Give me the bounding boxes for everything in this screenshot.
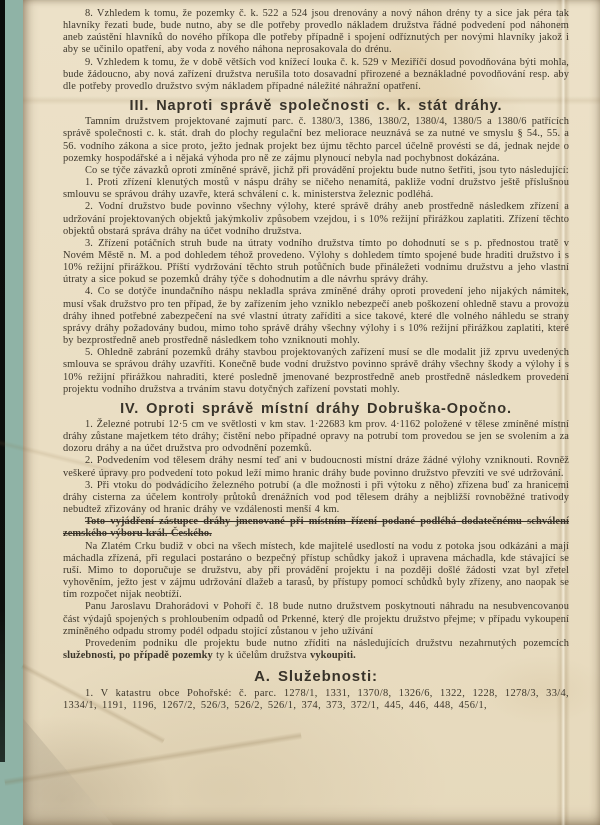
section-heading-iv: IV. Oproti správě místní dráhy Dobruška-…	[63, 403, 569, 415]
paragraph-zlaty-crk: Na Zlatém Crku budiž v obci na všech mís…	[63, 541, 569, 602]
scanner-edge-strip	[0, 0, 5, 762]
paragraph-drahorad: Panu Jaroslavu Drahorádovi v Pohoří č. 1…	[63, 601, 569, 637]
document-paper: 8. Vzhledem k tomu, že pozemky č. k. 522…	[23, 0, 600, 825]
section-iv-item-1: 1. Železné potrubí 12·5 cm ve světlosti …	[63, 419, 569, 455]
struck-note-text: Toto vyjádření zástupce dráhy jmenované …	[63, 516, 569, 539]
paragraph-9: 9. Vzhledem k tomu, že v době větších vo…	[63, 57, 569, 93]
closing-text-2: ty k účelům družstva	[213, 650, 310, 661]
section-iii-item-4: 4. Co se dotýče inundačního náspu neklad…	[63, 286, 569, 347]
section-iii-lead: Co se týče závazků oproti zmíněné správě…	[63, 165, 569, 177]
closing-text-1: Provedením podniku dle projektu bude nut…	[85, 638, 569, 649]
closing-bold-1: služebnosti, po případě pozemky	[63, 650, 213, 661]
section-iii-item-5: 5. Ohledně zabrání pozemků dráhy stavbou…	[63, 347, 569, 396]
section-iii-item-2: 2. Vodní družstvo bude povinno všechny v…	[63, 201, 569, 237]
section-iii-item-3: 3. Zřízení potáčních struh bude na útrat…	[63, 238, 569, 287]
paragraph-8: 8. Vzhledem k tomu, že pozemky č. k. 522…	[63, 8, 569, 57]
section-iv-item-3: 3. Při vtoku do podvádícího železného po…	[63, 480, 569, 516]
section-iii-intro: Tamním družstvem projektované zajmutí pa…	[63, 116, 569, 165]
section-iii-item-1: 1. Proti zřízení klenutých mostů v náspu…	[63, 177, 569, 201]
section-heading-iii: III. Naproti správě společnosti c. k. st…	[63, 100, 569, 112]
page-text: 8. Vzhledem k tomu, že pozemky č. k. 522…	[63, 8, 569, 713]
section-heading-a: A. Služebnosti:	[63, 671, 569, 683]
section-iv-item-2: 2. Podvedením vod tělesem dráhy nesmí te…	[63, 455, 569, 479]
closing-bold-2: vykoupiti.	[310, 650, 356, 661]
paper-fold-corner	[23, 695, 113, 825]
paragraph-closing: Provedením podniku dle projektu bude nut…	[63, 638, 569, 662]
paragraph-parcels: 1. V katastru obce Pohořské: č. parc. 12…	[63, 688, 569, 712]
struck-note-paragraph: Toto vyjádření zástupce dráhy jmenované …	[63, 516, 569, 540]
